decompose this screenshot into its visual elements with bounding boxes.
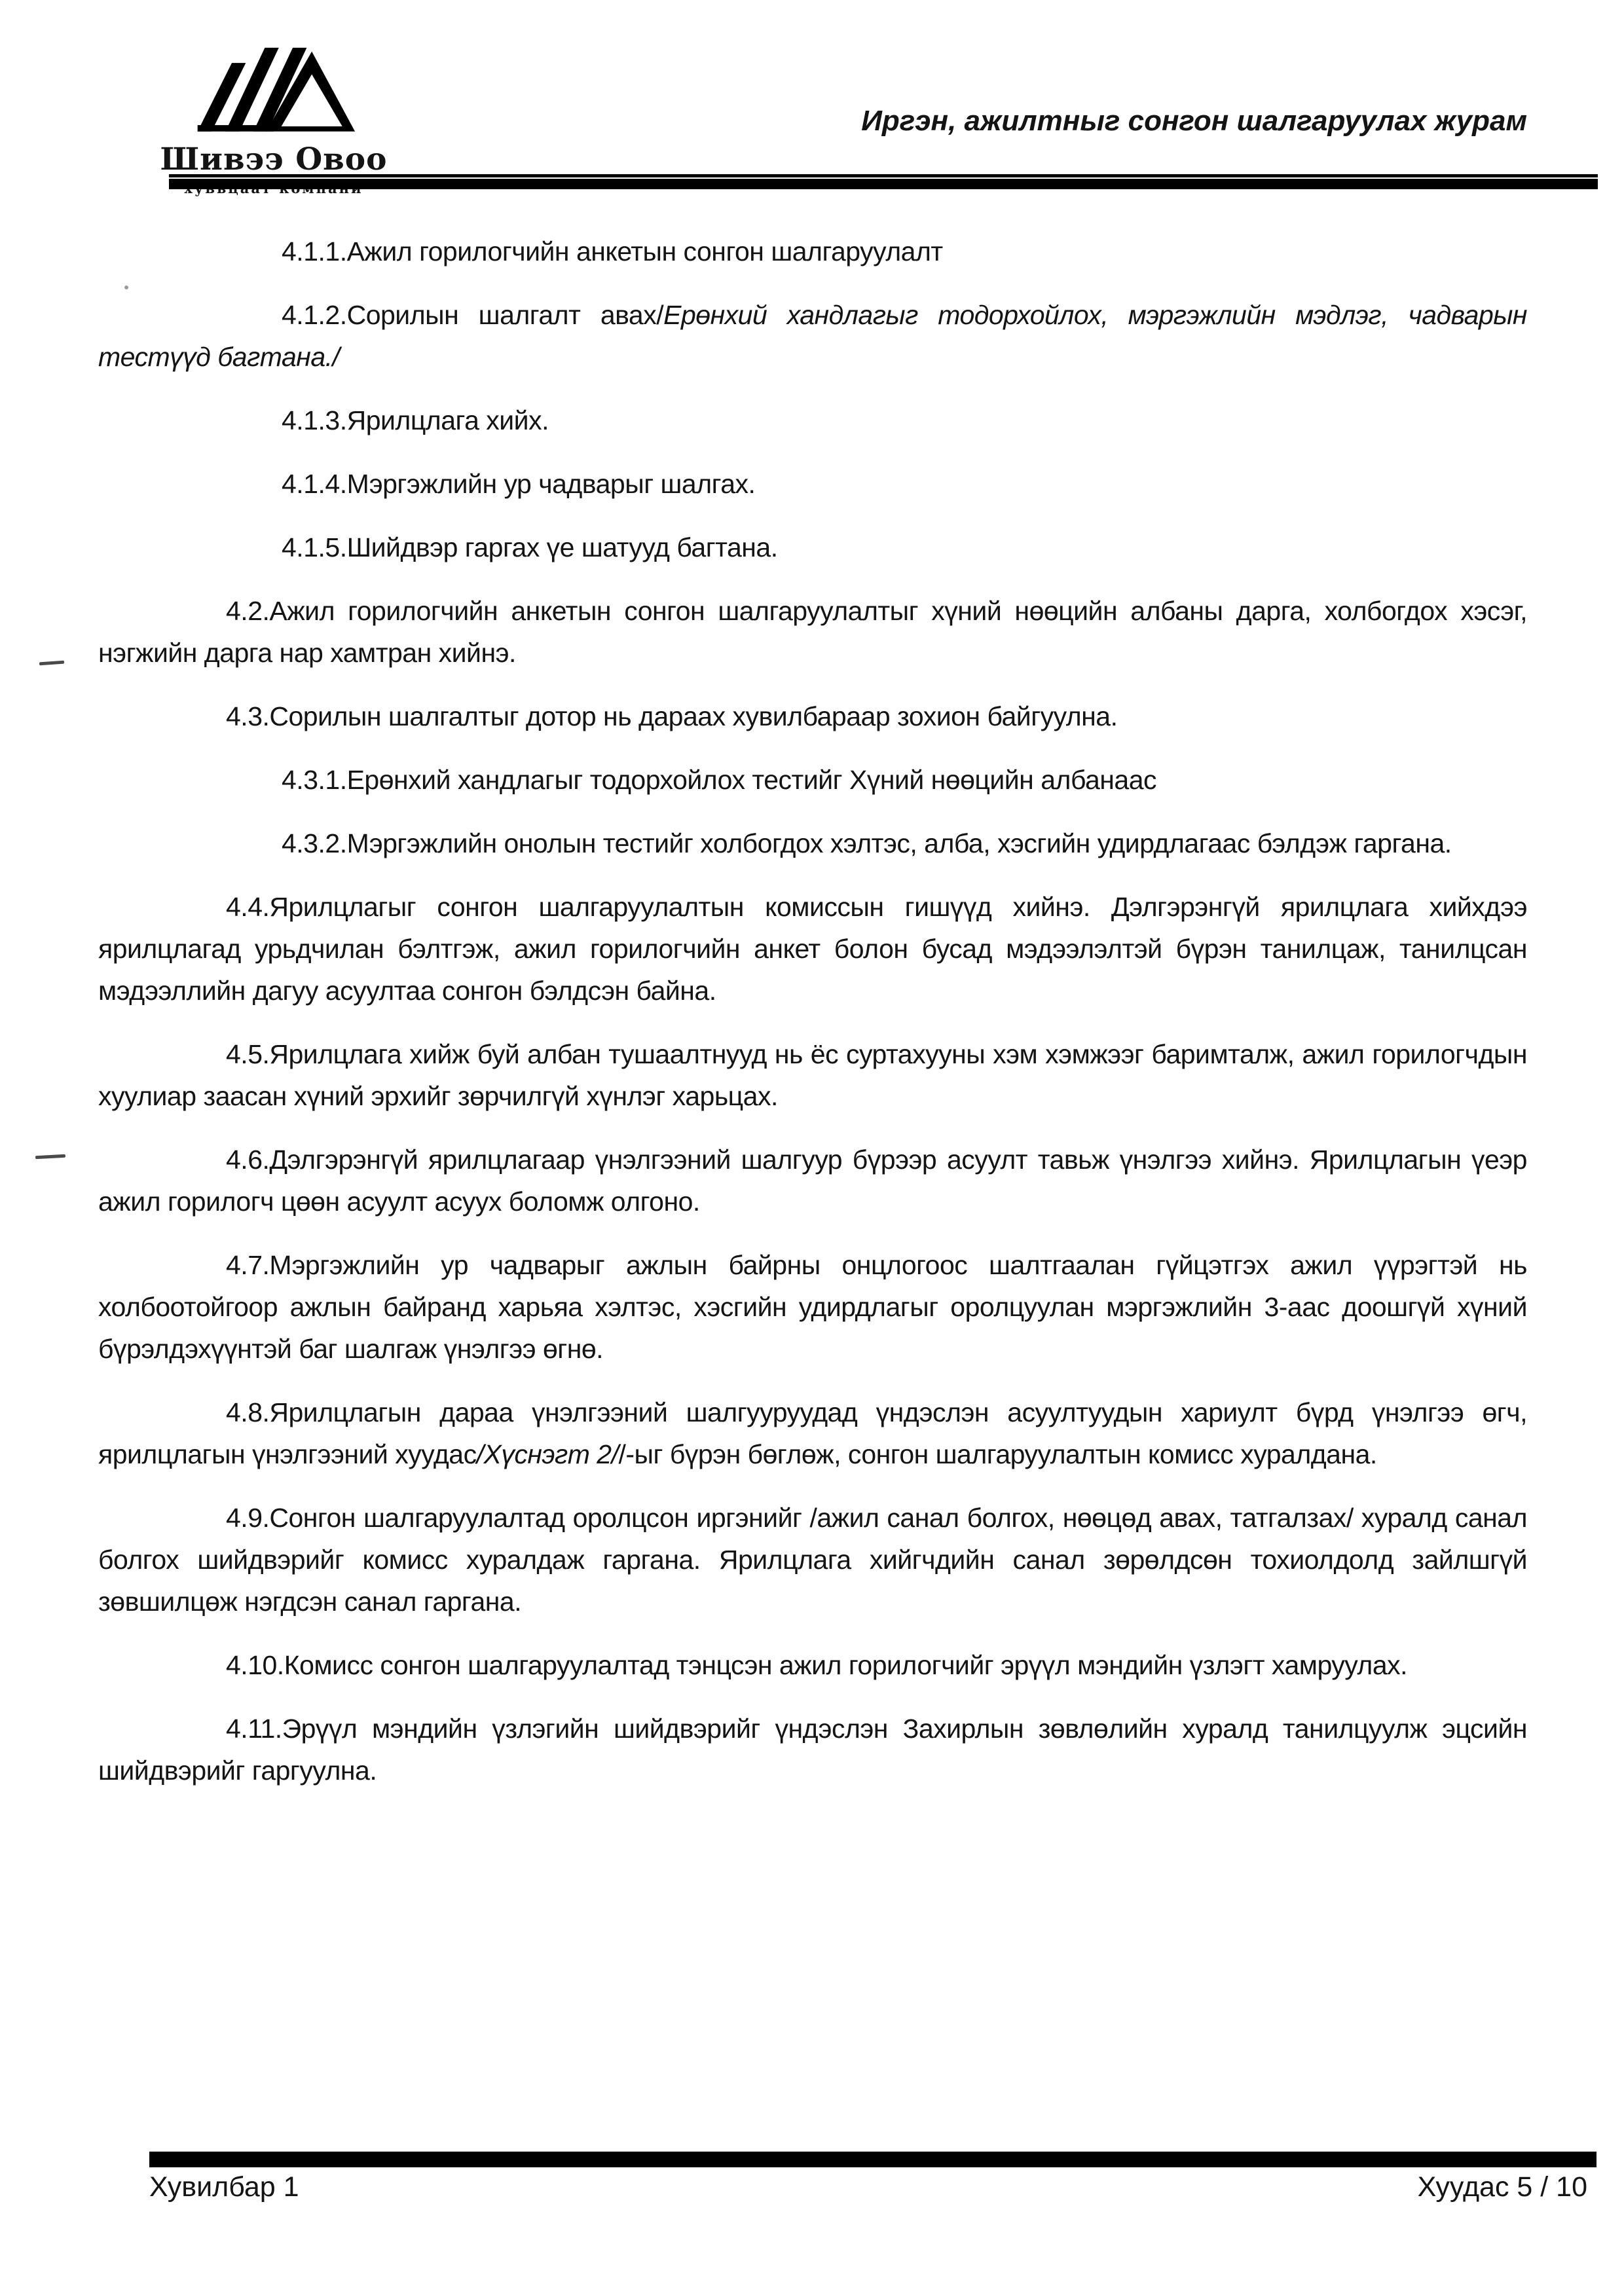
paragraph-text-segment: 4.3.2.Мэргэжлийн онолын тестийг холбогдо… <box>282 828 1452 858</box>
paragraph-4.1.2: 4.1.2.Сорилын шалгалт авах/Ерөнхий хандл… <box>98 294 1527 378</box>
paragraph-text-segment: 4.2.Ажил горилогчийн анкетын сонгон шалг… <box>98 596 1527 668</box>
paragraph-4.1.1: 4.1.1.Ажил горилогчийн анкетын сонгон ша… <box>98 230 1527 272</box>
paragraph-text-segment: 4.9.Сонгон шалгаруулалтад оролцсон иргэн… <box>98 1503 1527 1617</box>
scan-artifact-dash <box>39 661 64 666</box>
paragraph-text-segment: 4.7.Мэргэжлийн ур чадварыг ажлын байрны … <box>98 1250 1527 1364</box>
paragraph-4.1.5: 4.1.5.Шийдвэр гаргах үе шатууд багтана. <box>98 526 1527 568</box>
paragraph-4.11: 4.11.Эрүүл мэндийн үзлэгийн шийдвэрийг ү… <box>98 1708 1527 1791</box>
paragraph-text-segment: 4.5.Ярилцлага хийж буй албан тушаалтнууд… <box>98 1039 1527 1111</box>
paragraph-text-segment: 4.10.Комисс сонгон шалгаруулалтад тэнцсэ… <box>226 1650 1407 1680</box>
paragraph-4.2: 4.2.Ажил горилогчийн анкетын сонгон шалг… <box>98 590 1527 674</box>
paragraph-4.10: 4.10.Комисс сонгон шалгаруулалтад тэнцсэ… <box>98 1644 1527 1686</box>
paragraph-text-segment: 4.6.Дэлгэрэнгүй ярилцлагаар үнэлгээний ш… <box>98 1145 1527 1217</box>
paragraph-4.5: 4.5.Ярилцлага хийж буй албан тушаалтнууд… <box>98 1033 1527 1117</box>
header-divider-thick-line <box>169 179 1598 189</box>
paragraph-4.6: 4.6.Дэлгэрэнгүй ярилцлагаар үнэлгээний ш… <box>98 1139 1527 1222</box>
paragraph-text-segment: 4.1.5.Шийдвэр гаргах үе шатууд багтана. <box>282 532 778 562</box>
page-footer: Хувилбар 1 Хуудас 5 / 10 <box>149 2171 1587 2203</box>
header-divider-thin-line <box>169 174 1598 177</box>
paragraph-text-segment: 4.11.Эрүүл мэндийн үзлэгийн шийдвэрийг ү… <box>98 1714 1527 1786</box>
paragraph-4.4: 4.4.Ярилцлагыг сонгон шалгаруулалтын ком… <box>98 886 1527 1012</box>
page-header: Шивээ Овоо хувьцаат компани Иргэн, ажилт… <box>98 31 1527 196</box>
paragraph-4.8: 4.8.Ярилцлагын дараа үнэлгээний шалгууру… <box>98 1391 1527 1475</box>
footer-version-label: Хувилбар 1 <box>149 2171 299 2203</box>
paragraph-4.9: 4.9.Сонгон шалгаруулалтад оролцсон иргэн… <box>98 1497 1527 1623</box>
paragraph-text-segment: 4.1.2.Сорилын шалгалт авах/ <box>282 300 663 330</box>
paragraph-4.1.3: 4.1.3.Ярилцлага хийх. <box>98 399 1527 441</box>
paragraph-text-segment: /-ыг бүрэн бөглөж, сонгон шалгаруулалтын… <box>619 1439 1377 1469</box>
paragraph-4.7: 4.7.Мэргэжлийн ур чадварыг ажлын байрны … <box>98 1244 1527 1370</box>
document-title: Иргэн, ажилтныг сонгон шалгаруулах журам <box>861 105 1527 138</box>
paragraph-text-segment: 4.1.3.Ярилцлага хийх. <box>282 405 549 435</box>
paragraph-4.3.2: 4.3.2.Мэргэжлийн онолын тестийг холбогдо… <box>98 822 1527 864</box>
paragraph-text-segment: 4.1.4.Мэргэжлийн ур чадварыг шалгах. <box>282 469 755 499</box>
header-divider <box>169 174 1598 189</box>
paragraph-4.3: 4.3.Сорилын шалгалтыг дотор нь дараах ху… <box>98 695 1527 737</box>
document-page: Шивээ Овоо хувьцаат компани Иргэн, ажилт… <box>0 0 1624 2295</box>
paragraph-text-segment: 4.1.1.Ажил горилогчийн анкетын сонгон ша… <box>282 236 943 266</box>
company-logo: Шивээ Овоо хувьцаат компани <box>156 31 392 196</box>
company-name: Шивээ Овоо <box>156 141 392 177</box>
document-body: 4.1.1.Ажил горилогчийн анкетын сонгон ша… <box>98 230 1527 1813</box>
scan-artifact-dash <box>35 1154 65 1159</box>
footer-page-number: Хуудас 5 / 10 <box>1418 2171 1587 2203</box>
paragraph-text-segment: 4.3.Сорилын шалгалтыг дотор нь дараах ху… <box>226 701 1118 731</box>
mountain-triangles-icon <box>191 31 356 140</box>
paragraph-text-segment: 4.3.1.Ерөнхий хандлагыг тодорхойлох тест… <box>282 765 1156 795</box>
footer-divider <box>149 2152 1596 2167</box>
paragraph-4.1.4: 4.1.4.Мэргэжлийн ур чадварыг шалгах. <box>98 463 1527 505</box>
paragraph-text-segment: 4.4.Ярилцлагыг сонгон шалгаруулалтын ком… <box>98 892 1527 1006</box>
paragraph-text-segment: /Хүснэгт 2/ <box>477 1439 619 1469</box>
paragraph-4.3.1: 4.3.1.Ерөнхий хандлагыг тодорхойлох тест… <box>98 759 1527 801</box>
